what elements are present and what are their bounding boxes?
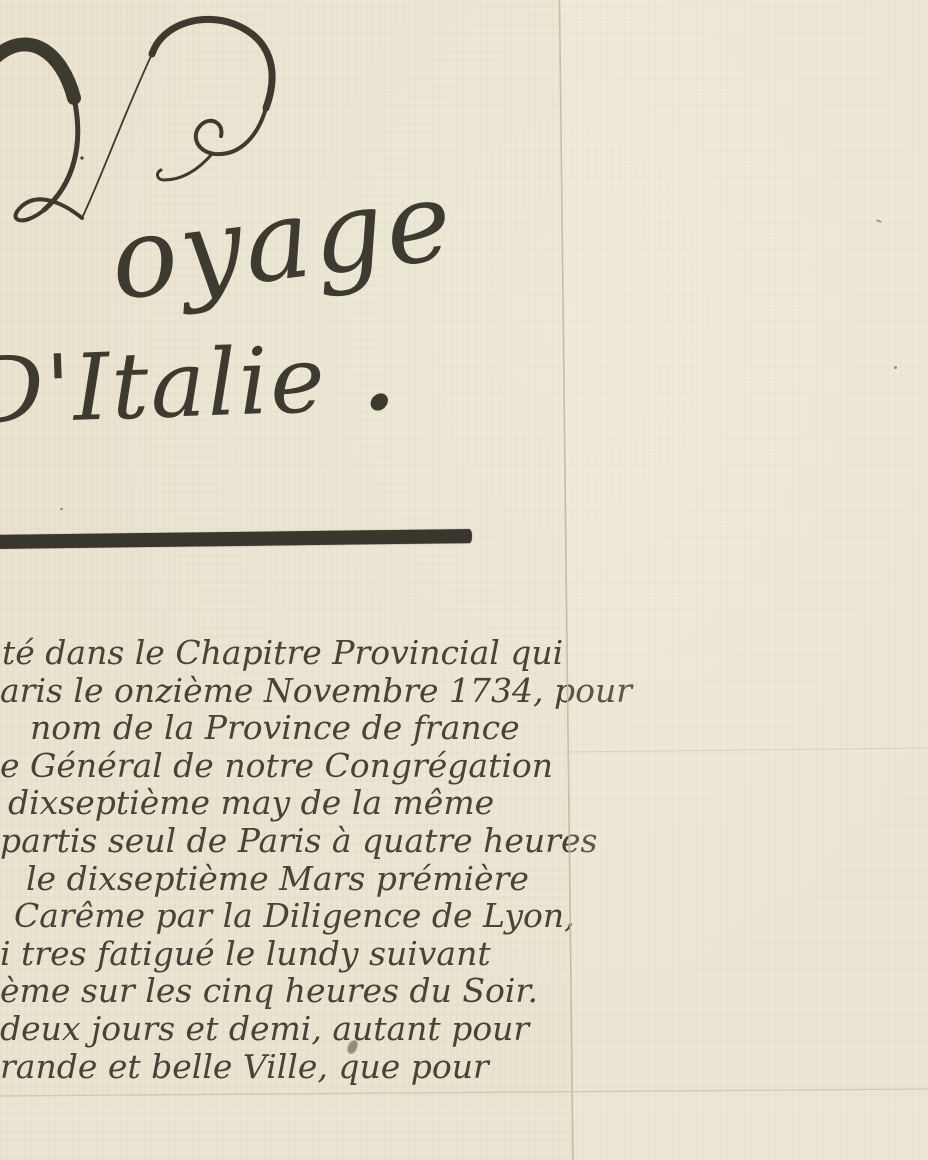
title-word-italie-text: D'Italie <box>0 326 328 445</box>
title-period: . <box>361 331 398 424</box>
horizontal-crease-line <box>0 1089 928 1096</box>
title-word-italie: D'Italie. <box>0 331 398 439</box>
manuscript-line: dixseptième may de la même <box>8 784 660 822</box>
manuscript-page: oyage D'Italie. té dans le Chapitre Prov… <box>0 0 928 1160</box>
paper-speck <box>876 219 882 223</box>
manuscript-body: té dans le Chapitre Provincial qui aris … <box>0 634 660 1085</box>
manuscript-line: aris le onzième Novembre 1734, pour <box>0 672 660 710</box>
manuscript-line: té dans le Chapitre Provincial qui <box>2 634 660 672</box>
manuscript-line: Carême par la Diligence de Lyon, <box>14 897 660 935</box>
manuscript-line: partis seul de Paris à quatre heures <box>0 822 660 860</box>
paper-speck <box>894 366 897 369</box>
page-bottom-strip <box>0 1094 928 1160</box>
ink-rule-divider <box>0 529 472 549</box>
manuscript-line: ème sur les cinq heures du Soir. <box>0 972 660 1010</box>
manuscript-line: i tres fatigué le lundy suivant <box>0 935 660 973</box>
manuscript-line: deux jours et demi, autant pour <box>0 1010 660 1048</box>
manuscript-line: rande et belle Ville, que pour <box>0 1048 660 1086</box>
manuscript-line: le dixseptième Mars prémière <box>26 860 660 898</box>
manuscript-line: e Général de notre Congrégation <box>0 747 660 785</box>
paper-speck <box>60 508 63 510</box>
manuscript-line: nom de la Province de france <box>30 709 660 747</box>
